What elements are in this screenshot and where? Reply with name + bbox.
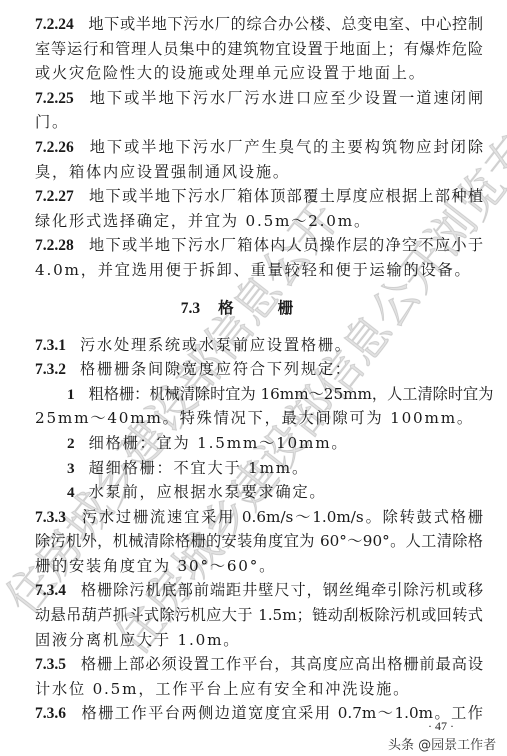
clause-line: 7.2.26地下或半地下污水厂产生臭气的主要构筑物应封闭除 [35,135,483,160]
clause-number: 7.2.25 [35,90,74,107]
item-number: 1 [67,386,75,403]
clause-text: 计水位 0.5m，工作平台上应有安全和冲洗设施。 [35,680,410,698]
clause-line: 计水位 0.5m，工作平台上应有安全和冲洗设施。 [35,677,483,702]
clause-text: 地下或半地下污水厂的综合办公楼、总变电室、中心控制 [88,15,483,33]
clause-number: 7.2.27 [35,188,74,205]
clause-text: 动悬吊葫芦抓斗式除污机应大于 1.5m；链动刮板除污机或回转式 [35,606,483,624]
clause-line: 7.3.1污水处理系统或水泵前应设置格栅。 [35,333,483,358]
clause-line: 4.0m，并宜选用便于拆卸、重量较轻和便于运输的设备。 [35,258,483,283]
clause-line: 7.3.4格栅除污机底部前端距井壁尺寸，钢丝绳牵引除污机或移 [35,578,483,603]
clause-line: 7.2.27地下或半地下污水厂箱体顶部覆土厚度应根据上部种植 [35,184,483,209]
clause-text: 地下或半地下污水厂箱体顶部覆土厚度应根据上部种植 [88,187,483,205]
clause-line: 7.3.2格栅栅条间隙宽度应符合下列规定： [35,357,483,382]
clause-number: 7.3.4 [35,582,66,599]
clause-number: 7.2.24 [35,16,74,33]
clause-line: 室等运行和管理人员集中的建筑物宜设置于地面上；有爆炸危险 [35,37,483,62]
clause-number: 7.3.1 [35,337,66,354]
clause-text: 地下或半地下污水厂产生臭气的主要构筑物应封闭除 [88,138,483,156]
item-number: 4 [67,484,75,501]
item-text: 粗格栅：机械清除时宜为 16mm～25mm，人工清除时宜为 [89,385,494,403]
clause-text: 污水过栅流速宜采用 0.6m/s～1.0m/s。除转鼓式格栅 [80,508,483,526]
clause-text: 臭，箱体内应设置强制通风设施。 [35,163,290,181]
clause-number: 7.3.6 [35,705,66,722]
clause-number: 7.3.3 [35,509,66,526]
clause-text: 室等运行和管理人员集中的建筑物宜设置于地面上；有爆炸危险 [35,40,483,58]
item-number: 2 [67,435,75,452]
clause-number: 7.3.5 [35,656,66,673]
clause-text: 格栅栅条间隙宽度应符合下列规定： [80,360,352,378]
page-number: · 47 · [428,719,454,734]
clause-line: 或火灾危险性大的设施或处理单元应设置于地面上。 [35,61,483,86]
clause-line: 7.3.6格栅工作平台两侧边道宽度宜采用 0.7m～1.0m。工作 [35,701,483,726]
item-text: 水泵前，应根据水泵要求确定。 [89,483,327,501]
list-item: 4水泵前，应根据水泵要求确定。 [35,480,483,505]
section-number: 7.3 [181,300,200,317]
clause-line: 栅的安装角度宜为 30°～60°。 [35,554,483,579]
clause-line: 7.3.5格栅上部必须设置工作平台，其高度应高出格栅前最高设 [35,652,483,677]
clause-text: 地下或半地下污水厂箱体内人员操作层的净空不应小于 [88,236,483,254]
clause-text: 或火灾危险性大的设施或处理单元应设置于地面上。 [35,64,426,82]
list-item: 2细格栅：宜为 1.5mm～10mm。 [35,431,483,456]
clause-line: 臭，箱体内应设置强制通风设施。 [35,160,483,185]
clause-text: 格栅除污机底部前端距井壁尺寸，钢丝绳牵引除污机或移 [80,581,483,599]
list-item: 1粗格栅：机械清除时宜为 16mm～25mm，人工清除时宜为 [35,382,483,407]
clause-line: 7.2.25地下或半地下污水厂污水进口应至少设置一道速闭闸 [35,86,483,111]
clause-text: 栅的安装角度宜为 30°～60°。 [35,557,276,575]
source-credit: 头条 @园景工作者 [388,734,496,753]
clause-line: 7.2.28地下或半地下污水厂箱体内人员操作层的净空不应小于 [35,233,483,258]
clause-text: 格栅上部必须设置工作平台，其高度应高出格栅前最高设 [80,655,483,673]
clause-text: 格栅工作平台两侧边道宽度宜采用 0.7m～1.0m。工作 [80,704,483,722]
item-text: 细格栅：宜为 1.5mm～10mm。 [89,434,349,452]
section-heading: 7.3格栅 [35,283,483,333]
clause-number: 7.2.26 [35,139,74,156]
section-title: 格栅 [218,298,337,317]
item-text: 超细格栅：不宜大于 1mm。 [89,459,309,477]
list-item: 3超细格栅：不宜大于 1mm。 [35,456,483,481]
clause-line: 7.2.24地下或半地下污水厂的综合办公楼、总变电室、中心控制 [35,12,483,37]
clause-number: 7.3.2 [35,361,66,378]
clause-text: 绿化形式选择确定，并宜为 0.5m～2.0m。 [35,212,371,230]
clause-text: 除污机外，机械清除格栅的安装角度宜为 60°～90°。人工清除格 [35,532,483,550]
clause-line: 绿化形式选择确定，并宜为 0.5m～2.0m。 [35,209,483,234]
clause-text: 4.0m，并宜选用便于拆卸、重量较轻和便于运输的设备。 [35,261,471,279]
clause-text: 固液分离机应大于 1.0m。 [35,631,240,649]
document-page: 7.2.24地下或半地下污水厂的综合办公楼、总变电室、中心控制 室等运行和管理人… [35,12,483,726]
clause-line: 除污机外，机械清除格栅的安装角度宜为 60°～90°。人工清除格 [35,529,483,554]
clause-line: 固液分离机应大于 1.0m。 [35,628,483,653]
item-text: 25mm～40mm。特殊情况下，最大间隙可为 100mm。 [35,409,474,427]
clause-number: 7.2.28 [35,237,74,254]
clause-text: 污水处理系统或水泵前应设置格栅。 [80,336,352,354]
item-number: 3 [67,460,75,477]
clause-line: 动悬吊葫芦抓斗式除污机应大于 1.5m；链动刮板除污机或回转式 [35,603,483,628]
clause-line: 7.3.3污水过栅流速宜采用 0.6m/s～1.0m/s。除转鼓式格栅 [35,505,483,530]
clause-text: 门。 [35,113,69,131]
clause-line: 门。 [35,110,483,135]
list-item-continued: 25mm～40mm。特殊情况下，最大间隙可为 100mm。 [35,406,483,431]
clause-text: 地下或半地下污水厂污水进口应至少设置一道速闭闸 [88,89,483,107]
